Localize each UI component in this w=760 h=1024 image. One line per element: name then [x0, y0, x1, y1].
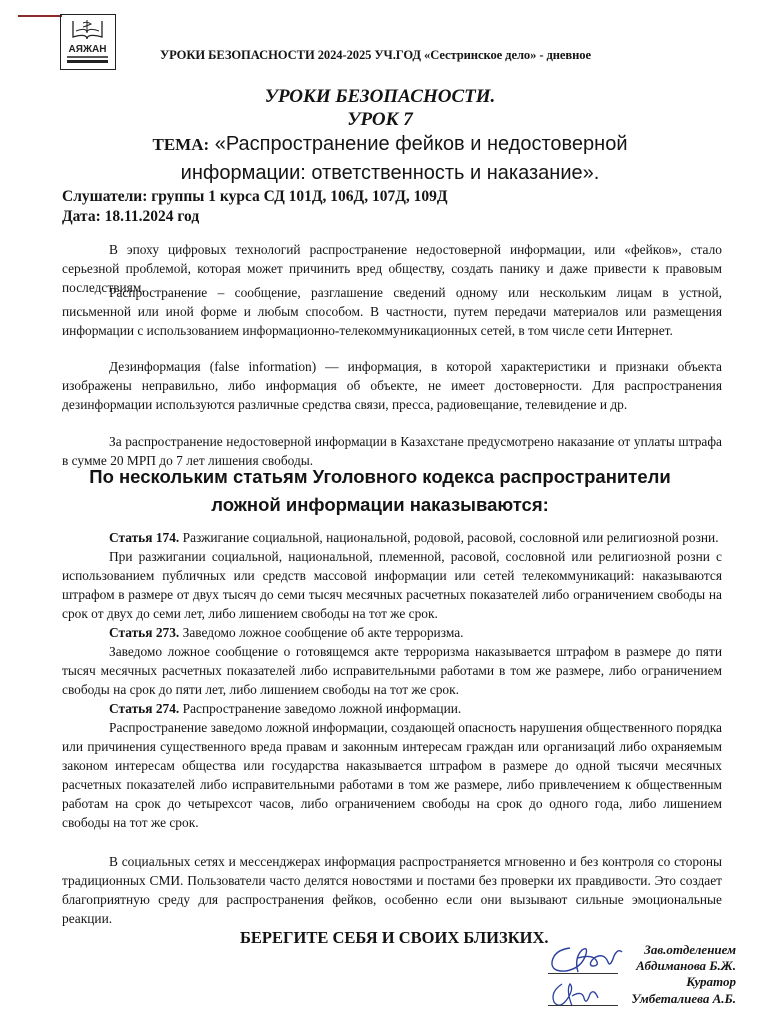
signer-2-role: Куратор [686, 974, 736, 990]
theme-text: «Распространение фейков и недостоверной … [181, 133, 628, 184]
red-margin-mark [18, 15, 62, 17]
lesson-number: УРОК 7 [0, 109, 760, 131]
document-header: УРОКИ БЕЗОПАСНОСТИ 2024-2025 УЧ.ГОД «Сес… [160, 48, 591, 63]
article-273-title: Статья 273. Заведомо ложное сообщение об… [62, 623, 722, 642]
signature-2-icon [548, 980, 618, 1012]
care-slogan: БЕРЕГИТЕ СЕБЯ И СВОИХ БЛИЗКИХ. [240, 928, 549, 948]
svg-text:АЯЖАН: АЯЖАН [69, 44, 107, 55]
article-title: Заведомо ложное сообщение об акте террор… [183, 625, 464, 640]
article-title: Разжигание социальной, национальной, род… [183, 530, 719, 545]
articles-section: Статья 174. Разжигание социальной, нацио… [62, 528, 722, 832]
article-title: Распространение заведомо ложной информац… [183, 701, 462, 716]
signer-1-role: Зав.отделением [644, 942, 736, 958]
criminal-code-heading: По нескольким статьям Уголовного кодекса… [0, 466, 760, 488]
college-logo: АЯЖАН [60, 14, 116, 70]
theme-label: ТЕМА: [152, 135, 209, 154]
college-emblem-icon: АЯЖАН [61, 15, 114, 68]
penalty-paragraph: За распространение недостоверной информа… [62, 432, 722, 470]
signature-line-1 [548, 973, 618, 974]
paragraph-text: Распространение – сообщение, разглашение… [62, 283, 722, 340]
closing-paragraph: В социальных сетях и мессенджерах информ… [62, 852, 722, 928]
signer-2-name: Умбеталиева А.Б. [631, 991, 736, 1007]
paragraph-text: За распространение недостоверной информа… [62, 432, 722, 470]
signature-line-2 [548, 1005, 618, 1006]
article-274-title: Статья 274. Распространение заведомо лож… [62, 699, 722, 718]
definition-disinformation-paragraph: Дезинформация (false information) — инфо… [62, 357, 722, 414]
article-label: Статья 274. [109, 701, 179, 716]
signer-1-name: Абдиманова Б.Ж. [636, 958, 736, 974]
lesson-theme: ТЕМА: «Распространение фейков и недостов… [90, 130, 690, 187]
lesson-title: УРОКИ БЕЗОПАСНОСТИ. [0, 86, 760, 108]
article-label: Статья 273. [109, 625, 179, 640]
article-label: Статья 174. [109, 530, 179, 545]
paragraph-text: Дезинформация (false information) — инфо… [62, 357, 722, 414]
article-174-text: При разжигании социальной, национальной,… [62, 547, 722, 623]
paragraph-text: В социальных сетях и мессенджерах информ… [62, 852, 722, 928]
listeners-line: Слушатели: группы 1 курса СД 101Д, 106Д,… [62, 188, 448, 206]
article-174-title: Статья 174. Разжигание социальной, нацио… [62, 528, 722, 547]
date-line: Дата: 18.11.2024 год [62, 208, 199, 226]
criminal-code-heading-line2: ложной информации наказываются: [0, 494, 760, 516]
definition-distribution-paragraph: Распространение – сообщение, разглашение… [62, 283, 722, 340]
article-274-text: Распространение заведомо ложной информац… [62, 718, 722, 832]
article-273-text: Заведомо ложное сообщение о готовящемся … [62, 642, 722, 699]
